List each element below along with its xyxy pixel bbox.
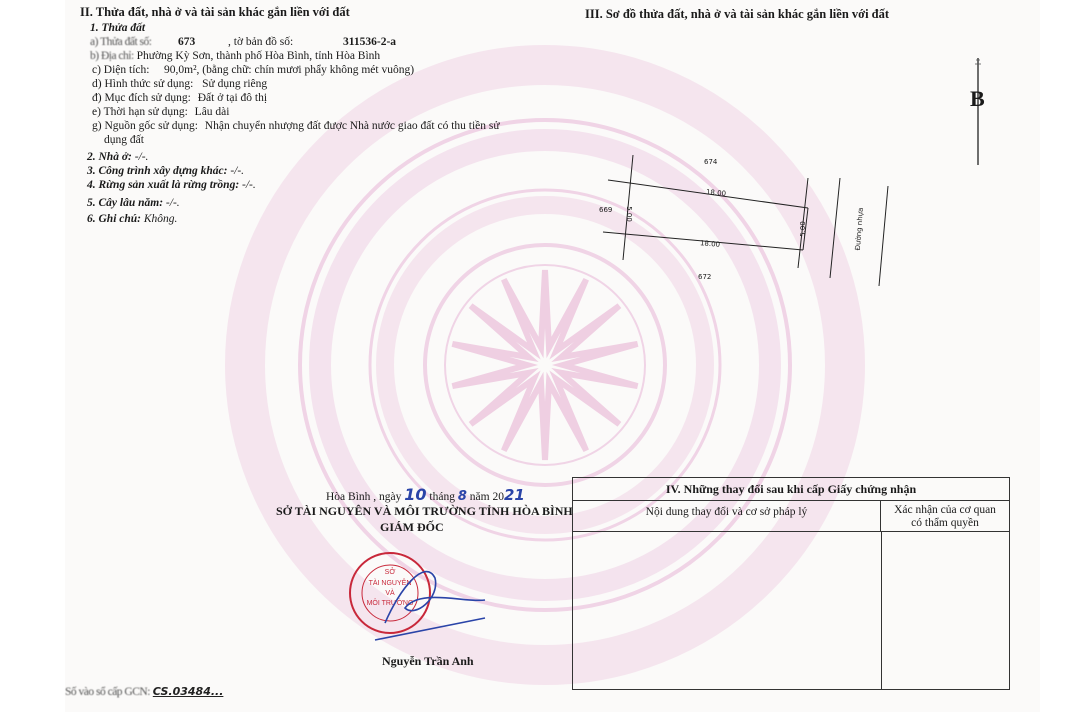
edge-left-length: 5.00: [625, 206, 633, 222]
other-construction-label: 3. Công trình xây dựng khác:: [87, 165, 227, 177]
forest-label: 4. Rừng sản xuất là rừng trồng:: [87, 179, 239, 191]
confirmation-header-line-2: có thẩm quyền: [881, 517, 1009, 530]
note-row: 6. Ghi chú: Không.: [87, 212, 177, 226]
edge-bottom-length: 18.00: [700, 239, 721, 249]
neighbor-parcel-left: 669: [599, 206, 612, 214]
origin-label: g) Nguồn gốc sử dụng:: [92, 120, 198, 132]
changes-content-cell: [573, 532, 882, 690]
map-sheet-number: 311536-2-a: [343, 35, 396, 49]
issuing-agency: SỞ TÀI NGUYÊN VÀ MÔI TRƯỜNG TỈNH HÒA BÌN…: [276, 504, 573, 518]
note-value: Không.: [144, 213, 178, 225]
perennial-value: -/-.: [166, 197, 180, 209]
address-label: b) Địa chỉ:: [90, 50, 134, 62]
registry-number: Số vào sổ cấp GCN: CS.03484...: [65, 685, 223, 699]
place-date-prefix: Hòa Bình , ngày: [326, 491, 401, 503]
place-date: Hòa Bình , ngày 10 tháng 8 năm 2021: [326, 488, 525, 504]
house-label: 2. Nhà ở:: [87, 151, 132, 163]
other-construction-value: -/-.: [230, 165, 244, 177]
origin-value-cont: dụng đất: [104, 133, 144, 147]
note-label: 6. Ghi chú:: [87, 213, 141, 225]
map-sheet-label: , tờ bản đồ số:: [228, 35, 293, 49]
official-stamp: SỞ TÀI NGUYÊN VÀ MÔI TRƯỜNG: [345, 548, 495, 648]
address-value: Phường Kỳ Sơn, thành phố Hòa Bình, tỉnh …: [137, 50, 381, 62]
north-label: B: [970, 86, 985, 112]
parcel-row: a) Thửa đất số: 673 , tờ bản đồ số: 3115…: [90, 35, 151, 49]
parcel-number: 673: [178, 35, 195, 49]
usage-form-row: d) Hình thức sử dụng: Sử dụng riêng: [92, 77, 267, 91]
usage-form-value: Sử dụng riêng: [202, 78, 267, 90]
neighbor-parcel-top: 674: [704, 158, 717, 166]
purpose-value: Đất ở tại đô thị: [198, 92, 267, 104]
edge-right-length: 5.00: [799, 221, 807, 237]
date-day: 10: [404, 485, 426, 504]
area-label: c) Diện tích:: [92, 64, 149, 76]
registry-label: Số vào sổ cấp GCN:: [65, 686, 150, 698]
area-row: c) Diện tích: 90,0m², (bằng chữ: chín mư…: [92, 63, 149, 77]
parcel-label: a) Thửa đất số:: [90, 36, 151, 48]
year-label: năm 20: [470, 491, 504, 503]
signer-name: Nguyễn Trần Anh: [382, 654, 474, 668]
forest-row: 4. Rừng sản xuất là rừng trồng: -/-.: [87, 178, 256, 192]
forest-value: -/-.: [242, 179, 256, 191]
date-month: 8: [458, 489, 467, 504]
perennial-label: 5. Cây lâu năm:: [87, 197, 163, 209]
changes-table: IV. Những thay đổi sau khi cấp Giấy chứn…: [572, 477, 1010, 690]
other-construction-row: 3. Công trình xây dựng khác: -/-.: [87, 164, 244, 178]
house-value: -/-.: [135, 151, 149, 163]
stamp-line-2: TÀI NGUYÊN: [369, 578, 412, 587]
origin-row: g) Nguồn gốc sử dụng: Nhận chuyển nhượng…: [92, 119, 500, 133]
date-year: 21: [504, 486, 525, 504]
subsection-parcel-title: 1. Thửa đất: [90, 21, 145, 35]
changes-col-confirmation: Xác nhận của cơ quan có thẩm quyền: [881, 501, 1009, 531]
edge-top-length: 18.00: [706, 188, 727, 198]
purpose-row: đ) Mục đích sử dụng: Đất ở tại đô thị: [92, 91, 267, 105]
section-3-title: III. Sơ đồ thửa đất, nhà ở và tài sản kh…: [585, 7, 889, 22]
changes-col-content: Nội dung thay đổi và cơ sở pháp lý: [573, 501, 881, 531]
confirmation-header-line-1: Xác nhận của cơ quan: [881, 504, 1009, 517]
north-arrow-icon: [960, 50, 1000, 175]
term-label: e) Thời hạn sử dụng:: [92, 106, 188, 118]
changes-table-title: IV. Những thay đổi sau khi cấp Giấy chứn…: [573, 478, 1009, 501]
registry-value: CS.03484...: [153, 685, 224, 698]
address-row: b) Địa chỉ: Phường Kỳ Sơn, thành phố Hòa…: [90, 49, 380, 63]
house-row: 2. Nhà ở: -/-.: [87, 150, 148, 164]
month-label: tháng: [429, 491, 455, 503]
neighbor-parcel-bottom: 672: [698, 273, 711, 281]
section-2-title: II. Thửa đất, nhà ở và tài sản khác gắn …: [80, 5, 350, 20]
purpose-label: đ) Mục đích sử dụng:: [92, 92, 191, 104]
stamp-line-1: SỞ: [385, 567, 396, 576]
signer-position: GIÁM ĐỐC: [380, 520, 444, 534]
perennial-row: 5. Cây lâu năm: -/-.: [87, 196, 180, 210]
stamp-line-3: VÀ: [385, 588, 395, 597]
origin-value: Nhận chuyển nhượng đất được Nhà nước gia…: [205, 120, 500, 132]
usage-form-label: d) Hình thức sử dụng:: [92, 78, 193, 90]
term-row: e) Thời hạn sử dụng: Lâu dài: [92, 105, 229, 119]
area-value: 90,0m², (bằng chữ: chín mươi phẩy không …: [164, 63, 414, 77]
term-value: Lâu dài: [195, 106, 230, 118]
